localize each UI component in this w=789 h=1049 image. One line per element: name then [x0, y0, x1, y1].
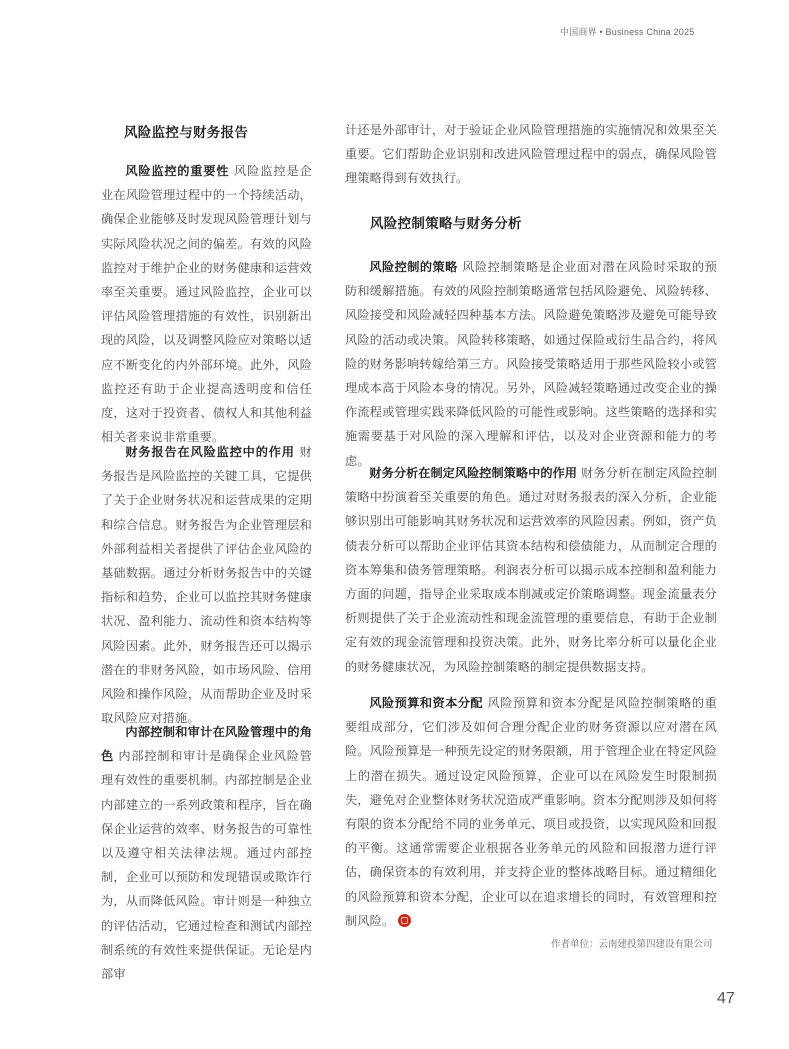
section-title-risk-control-strategy: 风险控制策略与财务分析: [370, 212, 522, 232]
paragraph-financial-reporting-role: 财务报告在风险监控中的作用 财务报告是风险监控的关键工具，它提供了关于企业财务状…: [101, 440, 312, 730]
paragraph-risk-budget-capital-allocation: 风险预算和资本分配 风险预算和资本分配是风险控制策略的重要组成部分，它们涉及如何…: [345, 691, 717, 933]
paragraph-lead: 风险控制的策略: [369, 260, 457, 274]
paragraph-text: 财务报告是风险监控的关键工具，它提供了关于企业财务状况和运营成果的定期和综合信息…: [101, 445, 312, 725]
page-number: 47: [717, 990, 735, 1008]
paragraph-lead: 财务报告在风险监控中的作用: [125, 445, 294, 459]
paragraph-text: 内部控制和审计是确保企业风险管理有效性的重要机制。内部控制是企业内部建立的一系列…: [101, 749, 312, 981]
running-header: 中国商界 • Business China 2025: [560, 25, 740, 38]
author-affiliation: 作者单位：云南建投第四建设有限公司: [551, 936, 713, 950]
paragraph-lead: 风险监控的重要性: [125, 164, 229, 178]
paragraph-lead: 财务分析在制定风险控制策略中的作用: [369, 466, 577, 480]
paragraph-audit-continuation: 计还是外部审计，对于验证企业风险管理措施的实施情况和效果至关重要。它们帮助企业识…: [345, 118, 717, 191]
paragraph-text: 风险预算和资本分配是风险控制策略的重要组成部分，它们涉及如何合理分配企业的财务资…: [345, 696, 717, 928]
paragraph-internal-control-audit: 内部控制和审计在风险管理中的角色 内部控制和审计是确保企业风险管理有效性的重要机…: [101, 720, 312, 986]
paragraph-text: 风险控制策略是企业面对潜在风险时采取的预防和缓解措施。有效的风险控制策略通常包括…: [345, 260, 717, 468]
magazine-logo-end-mark-icon: [398, 914, 411, 927]
paragraph-text: 风险监控是企业在风险管理过程中的一个持续活动，确保企业能够及时发现风险管理计划与…: [101, 164, 312, 444]
section-title-risk-monitoring: 风险监控与财务报告: [124, 121, 248, 141]
paragraph-risk-monitoring-importance: 风险监控的重要性 风险监控是企业在风险管理过程中的一个持续活动，确保企业能够及时…: [101, 159, 312, 449]
paragraph-financial-analysis-role: 财务分析在制定风险控制策略中的作用 财务分析在制定风险控制策略中扮演着至关重要的…: [345, 461, 717, 679]
paragraph-risk-control-strategies: 风险控制的策略 风险控制策略是企业面对潜在风险时采取的预防和缓解措施。有效的风险…: [345, 255, 717, 473]
paragraph-text: 财务分析在制定风险控制策略中扮演着至关重要的角色。通过对财务报表的深入分析，企业…: [345, 466, 717, 674]
paragraph-lead: 风险预算和资本分配: [369, 696, 483, 710]
